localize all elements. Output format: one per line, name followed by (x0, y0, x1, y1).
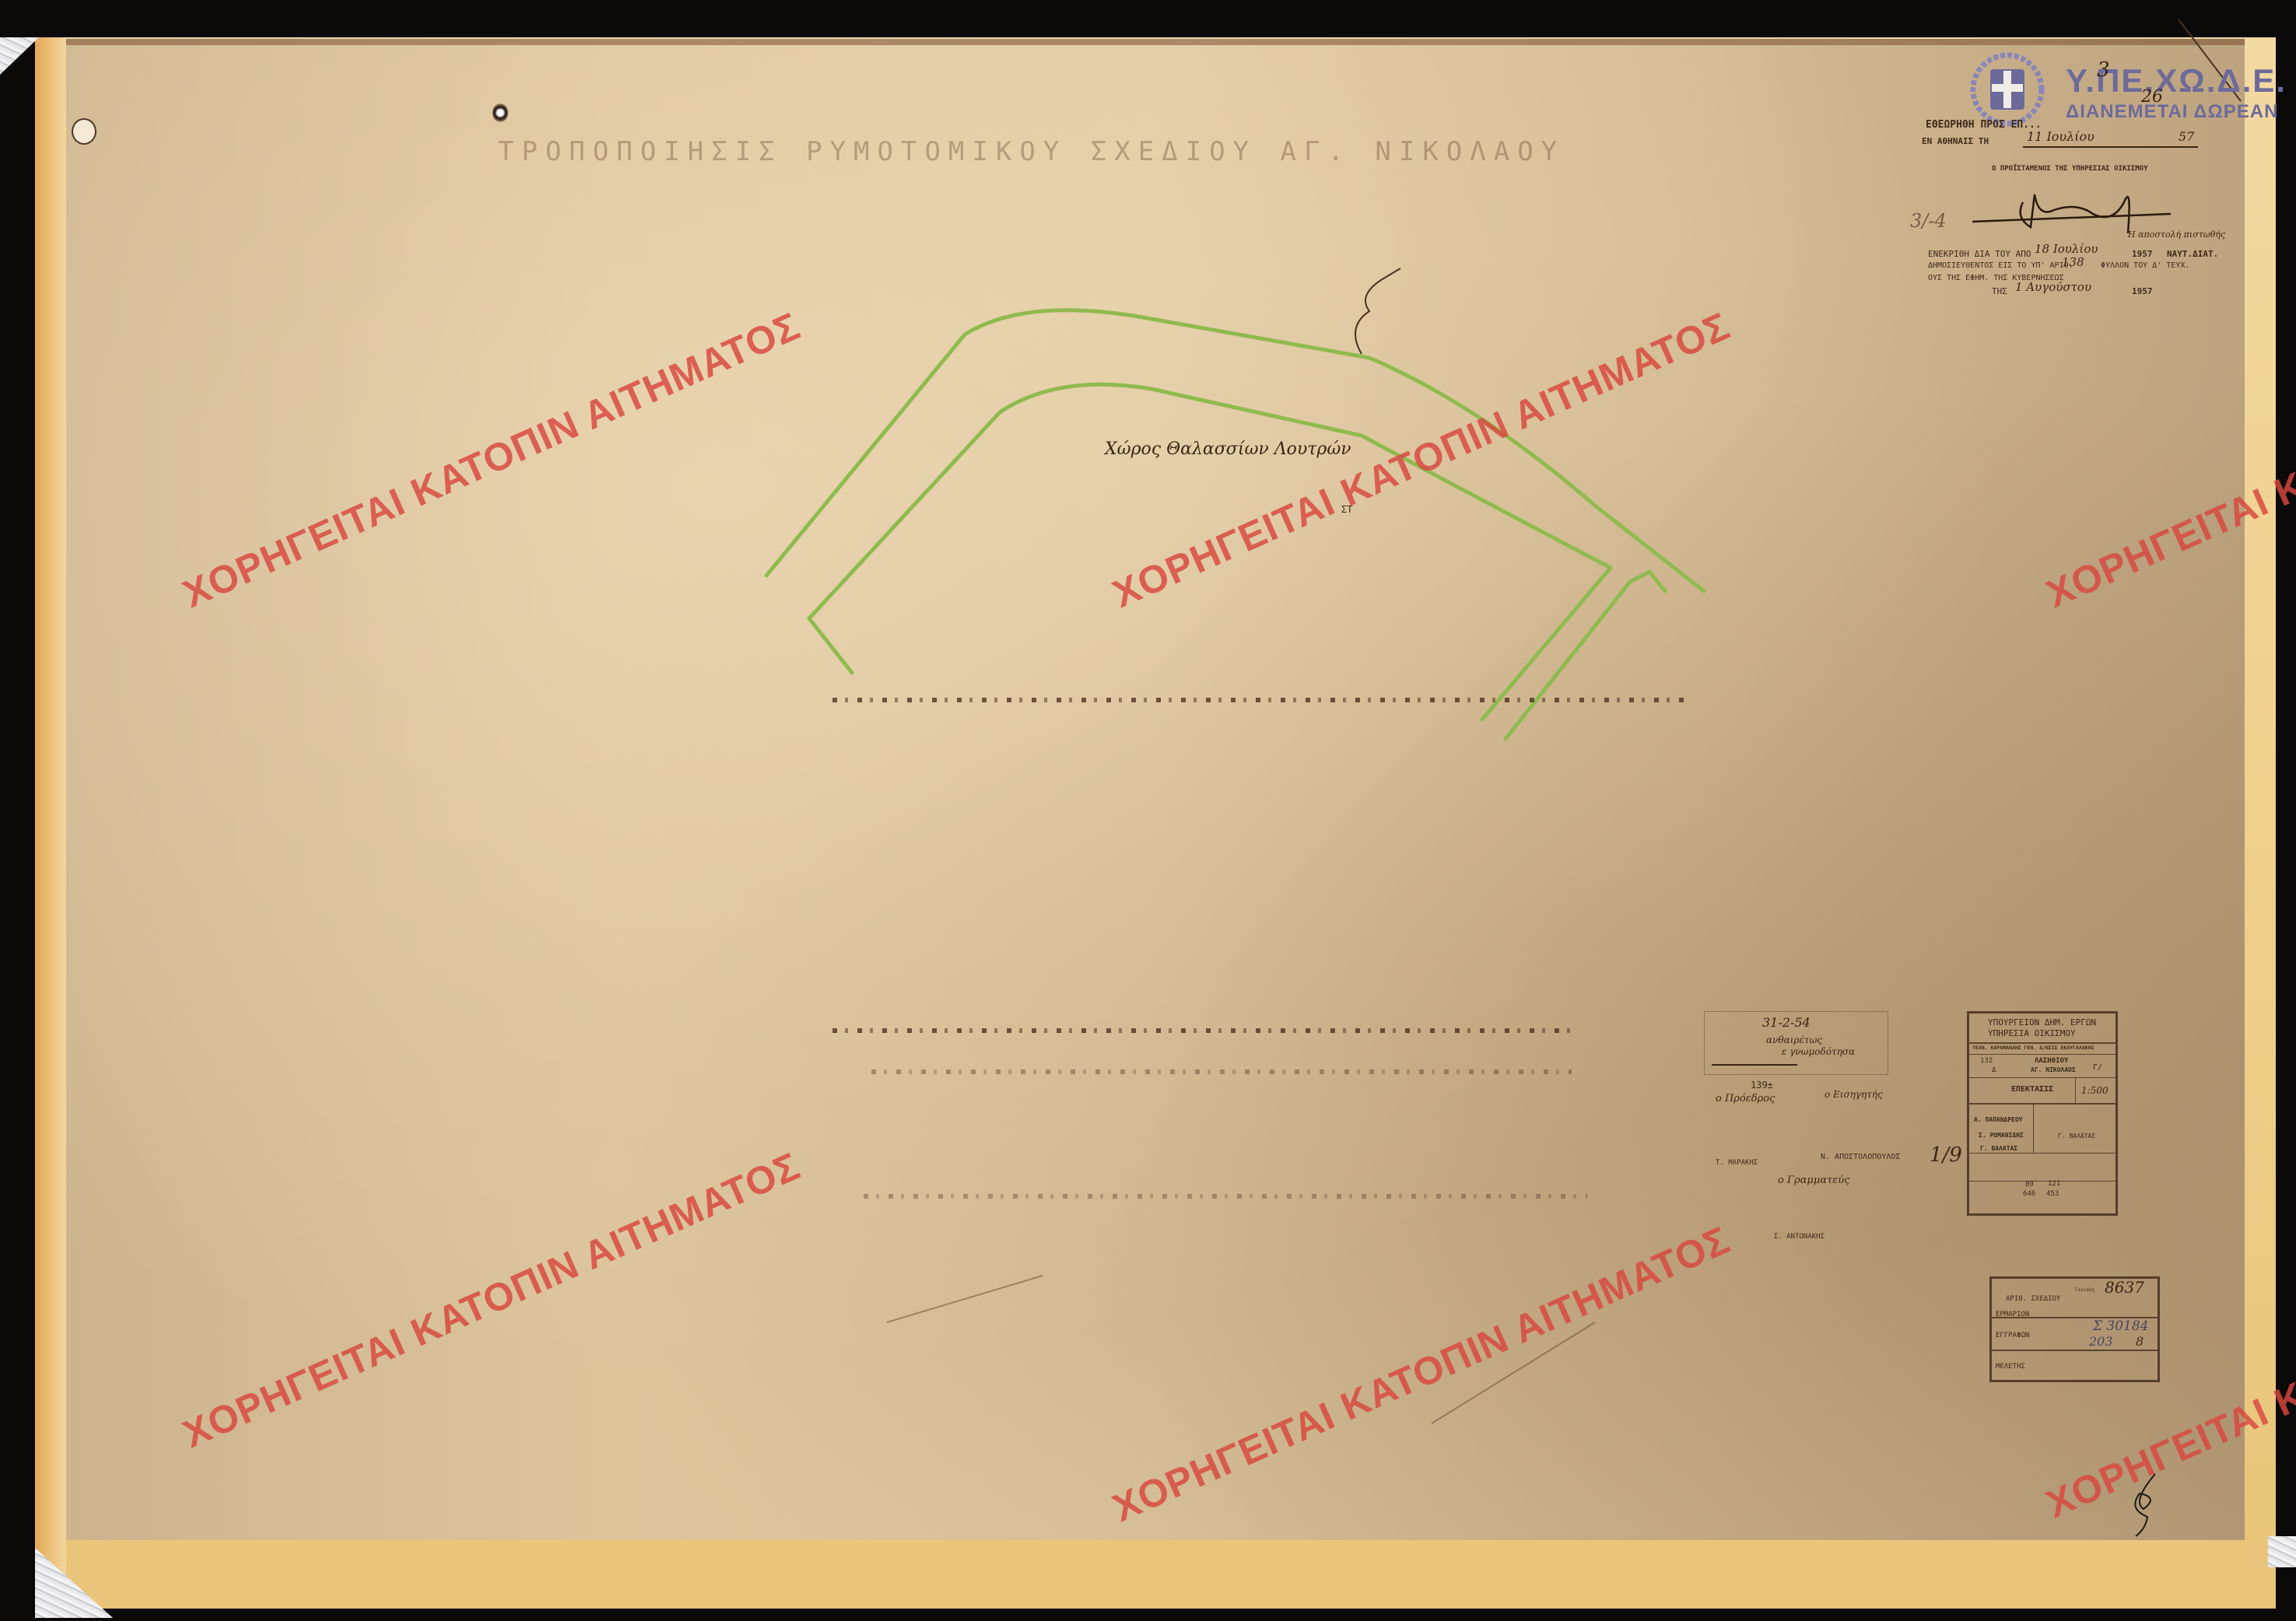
title-block-divider (2033, 1103, 2034, 1153)
title-block-divider (1969, 1054, 2115, 1055)
title-block-divider (1969, 1042, 2115, 1044)
publication-line-2-prefix: ΔΗΜΟΣΙΕΥΘΕΝΤΟΣ ΕΙΣ ΤΟ ΥΠ' ΑΡΙΘ. (1928, 261, 2073, 270)
title-block-ref-2-top: 121 (2048, 1180, 2060, 1188)
publication-line-1-date: 18 Ιουλίου (2035, 242, 2098, 256)
council-note-2: ε γνωμοδότησα (1782, 1046, 1855, 1057)
stamp-handwritten-number-top: 3 (2097, 58, 2110, 82)
council-number: 139± (1751, 1080, 1773, 1091)
stamp-underline (2023, 146, 2198, 148)
publication-line-2-suffix: ΦΥΛΛΟΝ ΤΟΥ Δ' ΤΕΥΧ. (2101, 261, 2189, 270)
archive-study-label: ΜΕΛΕΤΗΣ (1996, 1363, 2025, 1371)
archive-docs-ref: Σ 30184 (2093, 1318, 2149, 1334)
council-margin-mark: 1/9 (1930, 1143, 1962, 1167)
council-underline (1712, 1064, 1797, 1066)
street-left-return (809, 618, 852, 673)
title-block-nomos: ΛΑΣΗΘΙΟΥ (2035, 1057, 2068, 1065)
publication-line-4-prefix: ΤΗΣ (1992, 286, 2007, 296)
side-street-cap (1630, 572, 1665, 591)
publication-line-1-prefix: ΕΝΕΚΡΙΘΗ ΔΙΑ ΤΟΥ ΑΠΟ (1928, 249, 2031, 259)
archive-docs-label: ΕΓΓΡΑΦΩΝ (1996, 1332, 2029, 1339)
archive-docs-sub: 8 (2136, 1334, 2144, 1349)
title-block-designed: Α. ΠΑΠΑΝΔΡΕΟΥ (1974, 1116, 2023, 1123)
council-date: 31-2-54 (1762, 1015, 1811, 1030)
title-block-divider (1969, 1077, 2115, 1078)
title-block-scale: 1:500 (2081, 1085, 2108, 1096)
title-block-ref-2-bottom: 453 (2046, 1190, 2059, 1198)
publication-line-2-number: 138 (2062, 255, 2084, 269)
council-secretary: ο Γραμματεύς (1778, 1175, 1849, 1186)
title-block-divider (2075, 1077, 2076, 1103)
crack-line (1355, 268, 1400, 354)
title-block-oikismos-suffix: Γ/ (2093, 1063, 2102, 1072)
publication-line-1-year: 1957 (2132, 249, 2153, 259)
title-block-divider (1969, 1103, 2115, 1105)
greek-coat-of-arms-icon (1968, 51, 2046, 128)
publication-line-4-year: 1957 (2132, 286, 2153, 296)
agency-stamp-notice: ΔΙΑΝΕΜΕΤΑΙ ΔΩΡΕΑΝ (2066, 101, 2278, 123)
title-block-divider (1969, 1153, 2115, 1154)
council-member-right: ο Εισηγητής (1825, 1089, 1883, 1100)
stamp-line-2-date: 11 Ιουλίου (2027, 129, 2094, 144)
title-block-sub: Δ (1992, 1066, 1996, 1074)
title-block-oikismos: ΑΓ. ΝΙΚΟΛΑΟΣ (2031, 1066, 2076, 1073)
stamp-handwritten-number-bottom: 26 (2141, 87, 2163, 107)
archive-drawing-no-value: 8637 (2105, 1278, 2144, 1297)
archive-docs-folder: 203 (2089, 1334, 2113, 1349)
dashed-property-line-1 (833, 698, 1688, 702)
dashed-property-line-4 (864, 1194, 1587, 1199)
archive-drawing-no-prefix: Γενικός (2075, 1287, 2094, 1293)
title-block-ref-1-bottom: 646 (2023, 1190, 2035, 1198)
title-block-number: 132 (1980, 1057, 1993, 1065)
council-member-1: Τ. ΜΑΡΑΚΗΣ (1716, 1159, 1758, 1167)
publication-line-4-date: 1 Αυγούστου (2015, 280, 2091, 294)
title-block-office-row: ΤΕΧΝ. ΚΑΡΑΜΑΝΛΗΣ ΓΕΝ. Δ/ΝΣΙΣ ΕΚΑΥΓΑΛΑΚΗΣ (1972, 1045, 2094, 1051)
side-street-right (1506, 582, 1630, 739)
publication-line-1-suffix: ΝΑΥΤ.ΔΙΑΤ. (2167, 249, 2218, 259)
title-block-service: ΥΠΗΡΕΣΙΑ ΟΙΚΙΣΜΟΥ (1988, 1028, 2076, 1038)
council-member-2: Ν. ΑΠΟΣΤΟΛΟΠΟΥΛΟΣ (1821, 1153, 1900, 1161)
title-block-ministry: ΥΠΟΥΡΓΕΙΟΝ ΔΗΜ. ΕΡΓΩΝ (1988, 1017, 2096, 1028)
stamp-line-1: ΕΘΕΩΡΗΘΗ ΠΡΟΣ ΕΠ... (1926, 119, 2042, 131)
archive-cabinet-label: ΕΡΜΑΡΙΟΝ (1996, 1311, 2029, 1318)
stamp-line-2-year: 57 (2179, 129, 2194, 144)
dashed-property-line-3 (871, 1070, 1572, 1074)
stamp-approval-note: Η αποστολή πιστωθής (2128, 229, 2225, 240)
initials-signature-icon (2124, 1470, 2171, 1540)
stamp-margin-note: 3/-4 (1910, 210, 1947, 232)
title-block-study: ΕΠΕΚΤΑΣΙΣ (2011, 1085, 2053, 1094)
plan-area-label: Χώρος Θαλασσίων Λουτρών (1105, 439, 1351, 459)
title-block-divider (1969, 1181, 2115, 1182)
dashed-property-line-2 (833, 1028, 1579, 1033)
archive-divider (1992, 1350, 2158, 1351)
title-block-checked: Γ. ΒΑΛΑΤΑΣ (1980, 1145, 2017, 1152)
archive-drawing-no-label: ΑΡΙΘ. ΣΧΕΔΙΟΥ (2006, 1295, 2060, 1303)
council-note-1: ανθαιρέτως (1766, 1035, 1822, 1045)
stamp-line-2-prefix: ΕΝ ΑΘΗΝΑΙΣ ΤΗ (1922, 136, 1989, 146)
title-block-ref-1-top: 89 (2025, 1181, 2034, 1189)
council-member-3: Σ. ΑΝΤΩΝΑΚΗΣ (1774, 1233, 1825, 1241)
side-street-left (1482, 568, 1611, 719)
title-block-approved: Γ. ΒΑΛΑΤΑΣ (2058, 1133, 2095, 1140)
title-block-drawn: Σ. ΡΩΜΑΝΙΔΗΣ (1979, 1132, 2024, 1139)
council-president: ο Πρόεδρος (1716, 1093, 1775, 1105)
